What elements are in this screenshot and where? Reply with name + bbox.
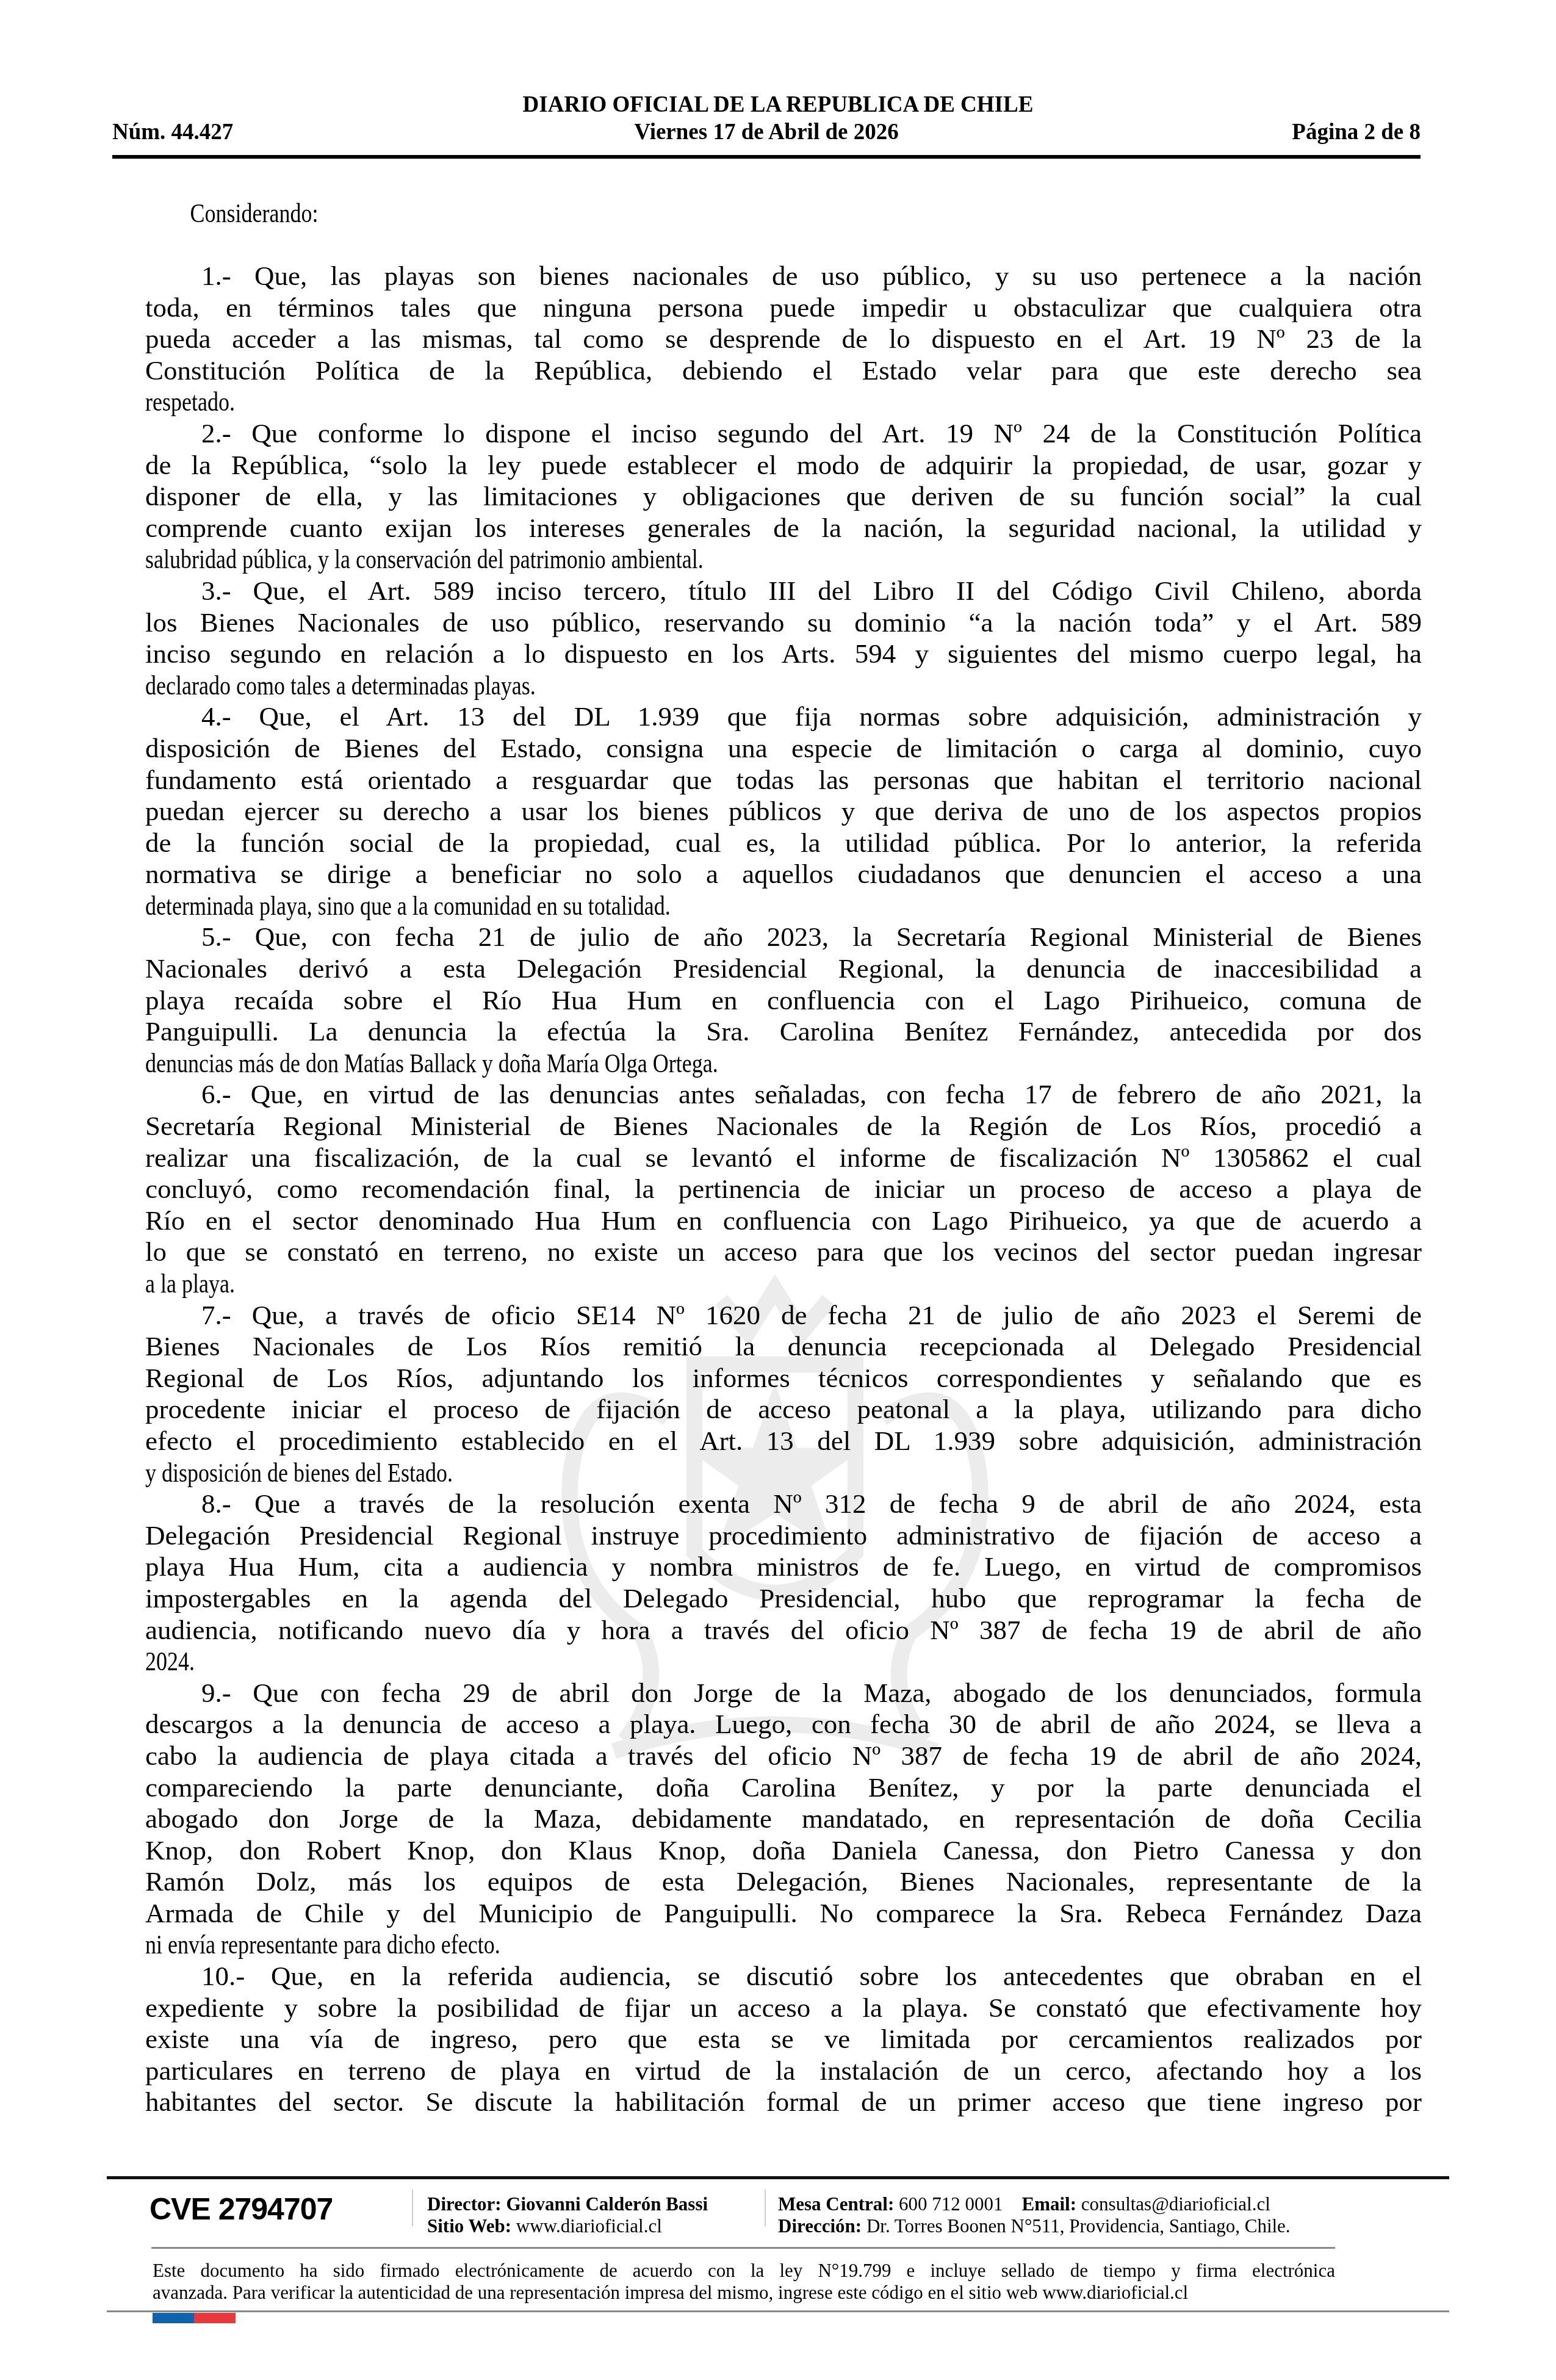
body-line: concluyó, como recomendación final, la p… — [145, 1174, 1422, 1205]
body-line: ni envía representante para dicho efecto… — [145, 1929, 1167, 1961]
body-line: 2.- Que conforme lo dispone el inciso se… — [145, 418, 1422, 450]
body-line: 3.- Que, el Art. 589 inciso tercero, tít… — [145, 575, 1422, 607]
body-line: 8.- Que a través de la resolución exenta… — [145, 1488, 1422, 1520]
body-line: denuncias más de don Matías Ballack y do… — [145, 1048, 1167, 1080]
header-meta-row: Viernes 17 de Abril de 2026 Núm. 44.427 … — [112, 120, 1421, 145]
body-line: determinada playa, sino que a la comunid… — [145, 890, 1167, 922]
body-line: Ramón Dolz, más los equipos de esta Dele… — [145, 1866, 1422, 1898]
phone-label: Mesa Central: — [778, 2193, 894, 2215]
body-line: Río en el sector denominado Hua Hum en c… — [145, 1205, 1422, 1237]
body-line: inciso segundo en relación a lo dispuest… — [145, 638, 1422, 670]
body-line: Panguipulli. La denuncia la efectúa la S… — [145, 1016, 1422, 1048]
body-line: a la playa. — [145, 1268, 1167, 1300]
body-line: de la República, “solo la ley puede esta… — [145, 450, 1422, 481]
flag-stripe-red — [194, 2313, 236, 2323]
body-line: 4.- Que, el Art. 13 del DL 1.939 que fij… — [145, 701, 1422, 733]
body-line: particulares en terreno de playa en virt… — [145, 2055, 1422, 2087]
footer-divider-middle — [151, 2247, 1335, 2249]
body-line: Constitución Política de la República, d… — [145, 355, 1422, 387]
flag-stripe-blue — [153, 2313, 194, 2323]
body-line: normativa se dirige a beneficiar no solo… — [145, 859, 1422, 890]
body-line: procedente iniciar el proceso de fijació… — [145, 1394, 1422, 1426]
issue-number: Núm. 44.427 — [112, 120, 233, 145]
body-line: toda, en términos tales que ninguna pers… — [145, 292, 1422, 324]
body-line: Regional de Los Ríos, adjuntando los inf… — [145, 1363, 1422, 1394]
footer-divider-top — [107, 2176, 1449, 2179]
body-line: existe una vía de ingreso, pero que esta… — [145, 2024, 1422, 2055]
footer-separator — [412, 2190, 413, 2226]
body-line: Delegación Presidencial Regional instruy… — [145, 1520, 1422, 1552]
body-line: playa Hua Hum, cita a audiencia y nombra… — [145, 1551, 1422, 1583]
body-line: disposición de Bienes del Estado, consig… — [145, 733, 1422, 765]
address-value: Dr. Torres Boonen N°511, Providencia, Sa… — [866, 2215, 1291, 2237]
body-line: 7.- Que, a través de oficio SE14 Nº 1620… — [145, 1300, 1422, 1332]
email-link[interactable]: consultas@diarioficial.cl — [1081, 2193, 1270, 2215]
body-line: playa recaída sobre el Río Hua Hum en co… — [145, 985, 1422, 1017]
footer-divider-bottom — [107, 2310, 1449, 2312]
body-line: salubridad pública, y la conservación de… — [145, 544, 1167, 575]
body-line: Bienes Nacionales de Los Ríos remitió la… — [145, 1331, 1422, 1363]
website-link[interactable]: www.diarioficial.cl — [516, 2215, 662, 2237]
body-line: y disposición de bienes del Estado. — [145, 1457, 1167, 1489]
body-line: fundamento está orientado a resguardar q… — [145, 765, 1422, 796]
body-line: lo que se constató en terreno, no existe… — [145, 1236, 1422, 1268]
director-label: Director: — [427, 2193, 502, 2215]
body-line: puedan ejercer su derecho a usar los bie… — [145, 796, 1422, 828]
website-label: Sitio Web: — [427, 2215, 511, 2237]
body-line: los Bienes Nacionales de uso público, re… — [145, 607, 1422, 639]
body-line: descargos a la denuncia de acceso a play… — [145, 1709, 1422, 1740]
document-body: Considerando: 1.- Que, las playas son bi… — [145, 198, 1422, 2118]
body-line: abogado don Jorge de la Maza, debidament… — [145, 1803, 1422, 1835]
body-line: Nacionales derivó a esta Delegación Pres… — [145, 953, 1422, 985]
body-line: cabo la audiencia de playa citada a trav… — [145, 1740, 1422, 1772]
body-line: expediente y sobre la posibilidad de fij… — [145, 1992, 1422, 2024]
cve-code: CVE 2794707 — [149, 2191, 333, 2227]
disclaimer-line: avanzada. Para verificar la autenticidad… — [153, 2282, 1335, 2304]
body-line: Secretaría Regional Ministerial de Biene… — [145, 1111, 1422, 1142]
body-line: audiencia, notificando nuevo día y hora … — [145, 1615, 1422, 1646]
body-line: 5.- Que, con fecha 21 de julio de año 20… — [145, 921, 1422, 953]
body-line: de la función social de la propiedad, cu… — [145, 828, 1422, 859]
body-line: 9.- Que con fecha 29 de abril don Jorge … — [145, 1678, 1422, 1709]
body-line: 6.- Que, en virtud de las denuncias ante… — [145, 1079, 1422, 1111]
phone-number: 600 712 0001 — [899, 2193, 1003, 2215]
footer-separator — [765, 2190, 766, 2226]
footer-publisher-info: Director: Giovanni Calderón Bassi Sitio … — [427, 2193, 708, 2237]
body-line: declarado como tales a determinadas play… — [145, 670, 1167, 702]
body-line: 2024. — [145, 1646, 1167, 1678]
director-name: Giovanni Calderón Bassi — [506, 2193, 708, 2215]
body-line: impostergables en la agenda del Delegado… — [145, 1583, 1422, 1615]
body-line: efecto el procedimiento establecido en e… — [145, 1426, 1422, 1457]
body-line: compareciendo la parte denunciante, doña… — [145, 1772, 1422, 1804]
body-line: habitantes del sector. Se discute la hab… — [145, 2086, 1422, 2118]
page-indicator: Página 2 de 8 — [1292, 120, 1421, 145]
email-label: Email: — [1022, 2193, 1077, 2215]
newspaper-title: DIARIO OFICIAL DE LA REPUBLICA DE CHILE — [0, 93, 1556, 117]
section-heading: Considerando: — [145, 198, 1167, 261]
body-line: disponer de ella, y las limitaciones y o… — [145, 481, 1422, 513]
body-line: Armada de Chile y del Municipio de Pangu… — [145, 1898, 1422, 1930]
body-line: pueda acceder a las mismas, tal como se … — [145, 323, 1422, 355]
body-line: Knop, don Robert Knop, don Klaus Knop, d… — [145, 1835, 1422, 1867]
body-line: 1.- Que, las playas son bienes nacionale… — [145, 261, 1422, 292]
body-line: realizar una fiscalización, de la cual s… — [145, 1142, 1422, 1174]
signature-disclaimer: Este documento ha sido firmado electróni… — [153, 2260, 1335, 2304]
header-divider — [112, 155, 1421, 159]
issue-date: Viernes 17 de Abril de 2026 — [112, 120, 1421, 145]
footer-contact-info: Mesa Central: 600 712 0001 Email: consul… — [778, 2193, 1291, 2237]
disclaimer-line: Este documento ha sido firmado electróni… — [153, 2260, 1335, 2282]
body-line: respetado. — [145, 386, 1167, 418]
body-line: comprende cuanto exijan los intereses ge… — [145, 513, 1422, 544]
address-label: Dirección: — [778, 2215, 862, 2237]
body-line: 10.- Que, en la referida audiencia, se d… — [145, 1961, 1422, 1992]
